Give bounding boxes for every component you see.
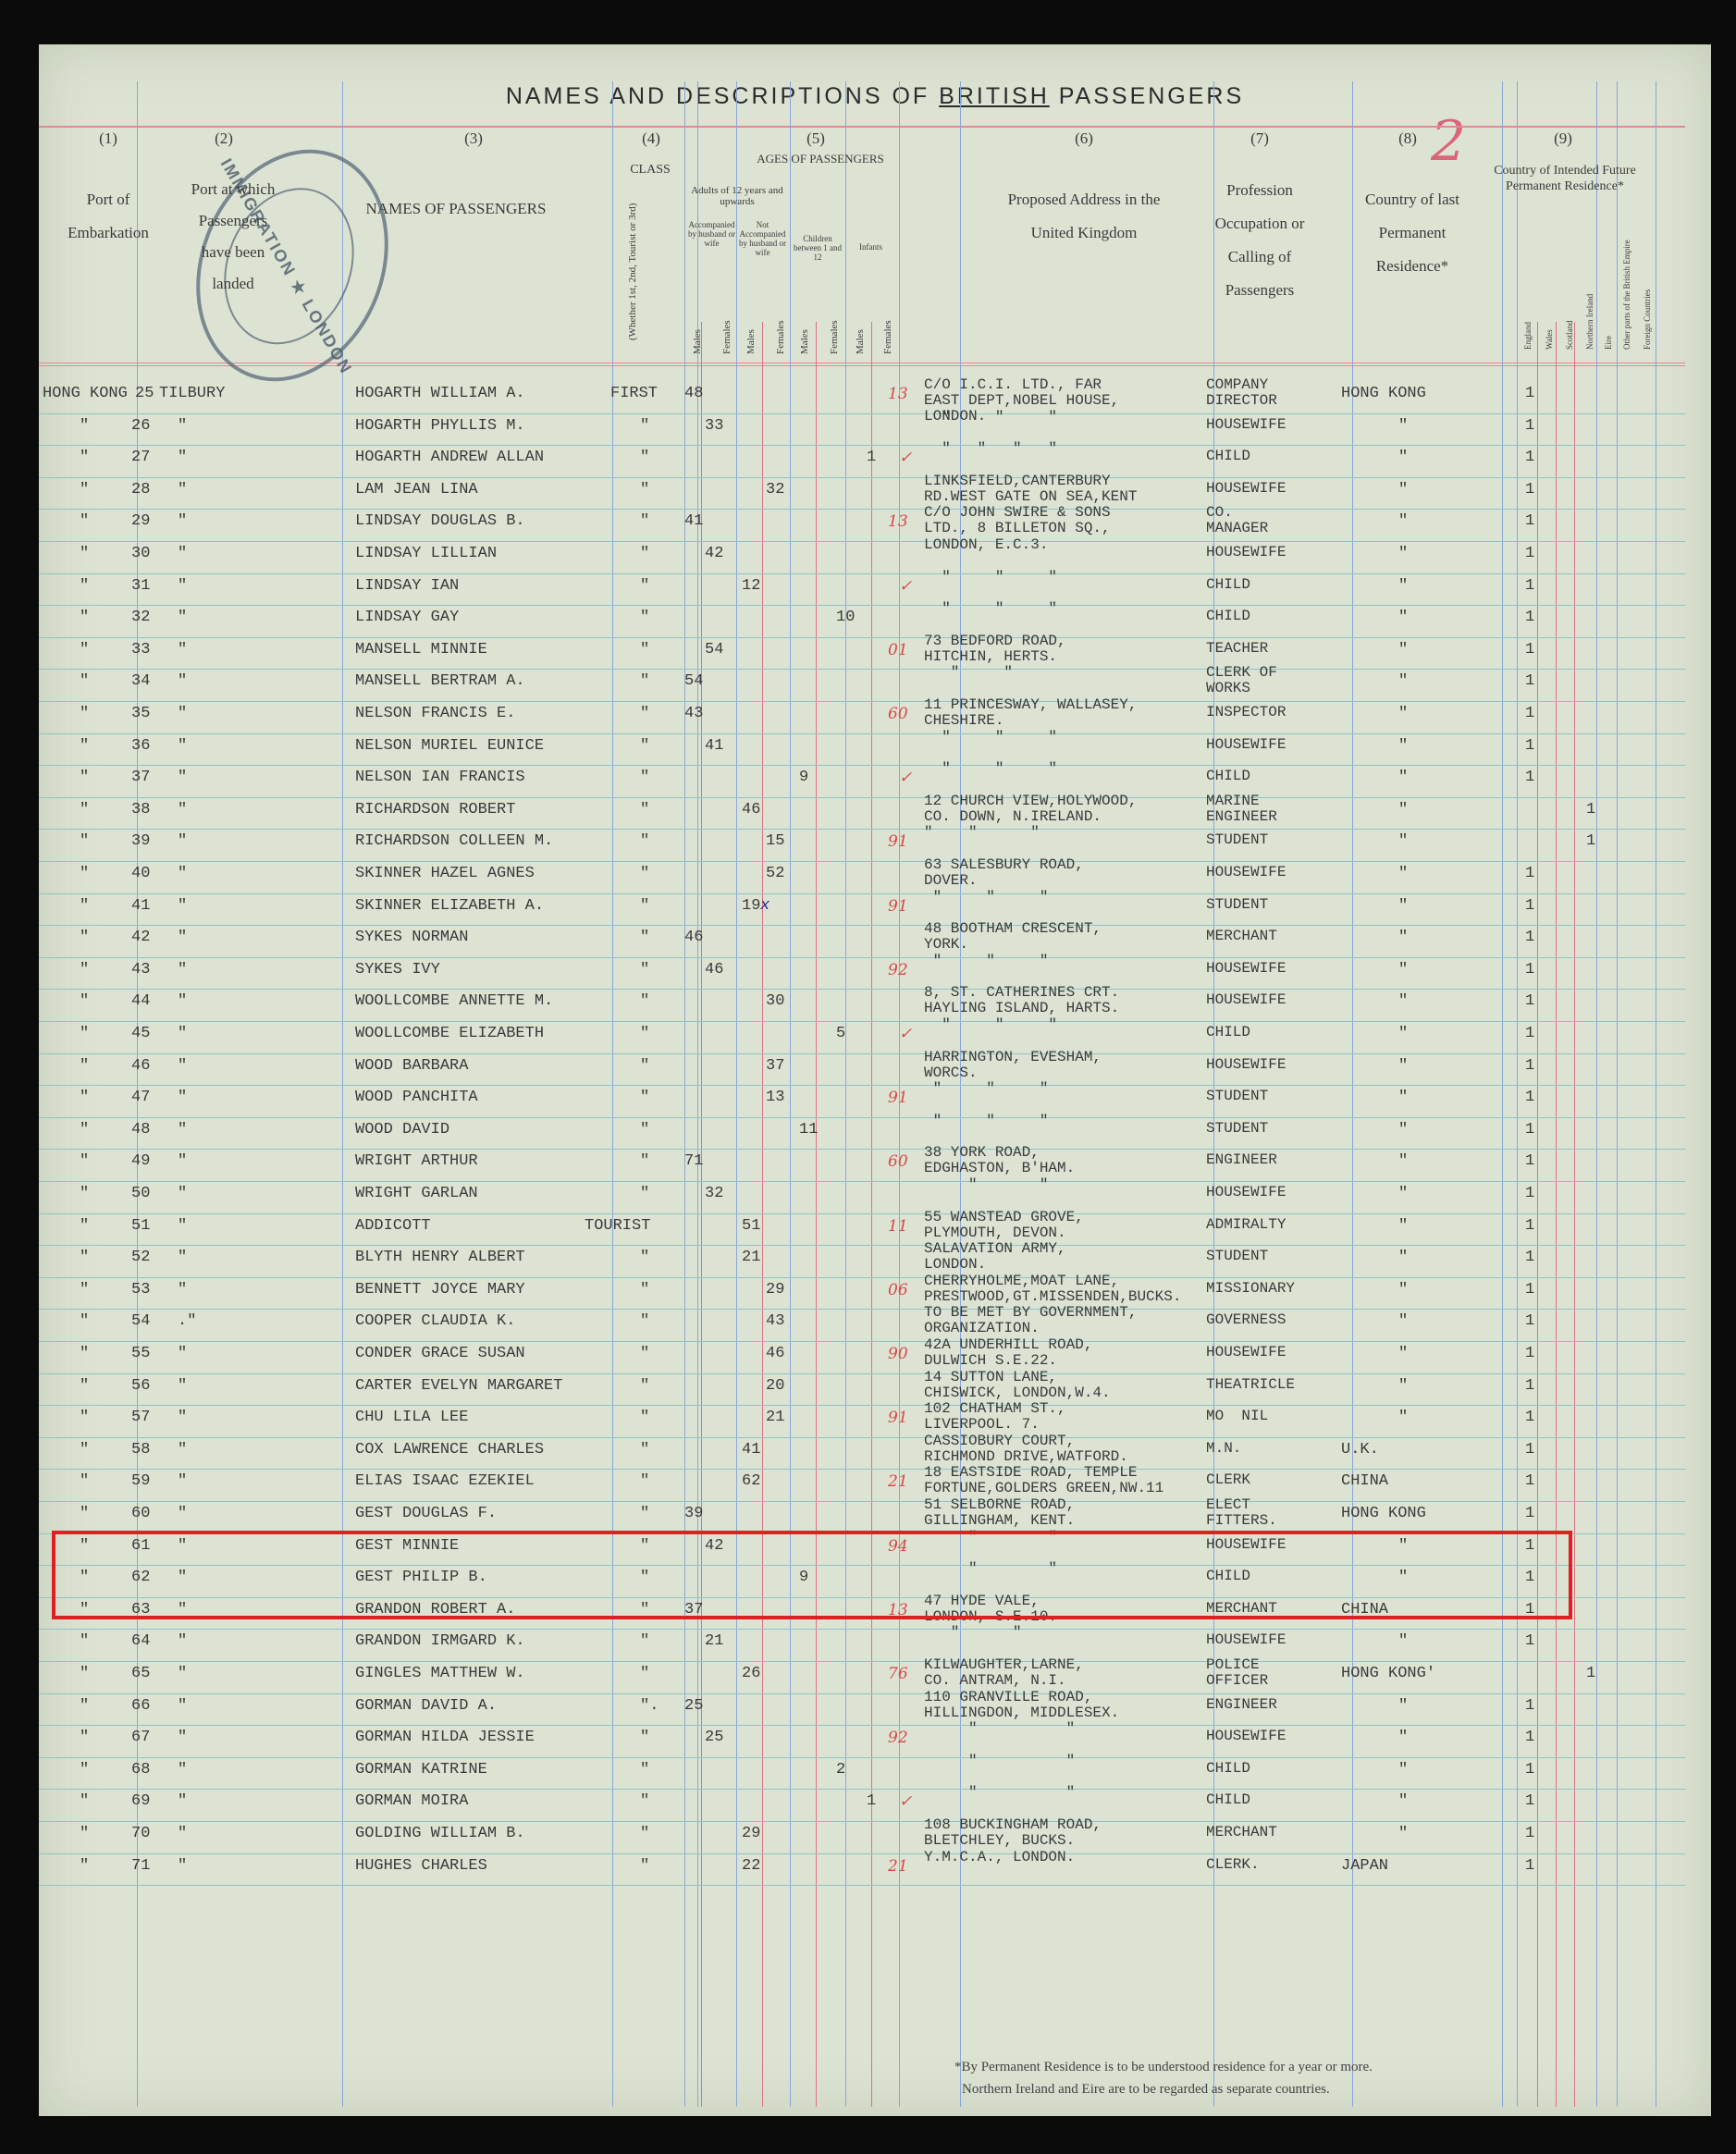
passenger-age: 19 — [742, 897, 760, 915]
country-last-residence: " — [1398, 417, 1408, 435]
col6-label: Proposed Address in the United Kingdom — [991, 183, 1176, 250]
occupation: HOUSEWIFE — [1206, 1345, 1286, 1360]
proposed-address: 108 BUCKINGHAM ROAD, BLETCHLEY, BUCKS. — [924, 1817, 1102, 1849]
proposed-address: 11 PRINCESWAY, WALLASEY, CHESHIRE. — [924, 697, 1137, 729]
port-of-embarkation: " — [80, 769, 89, 786]
proposed-address: " " " — [924, 410, 1057, 425]
occupation: CHILD — [1206, 609, 1250, 624]
red-annotation-mark: ✓ — [899, 1025, 912, 1043]
port-of-embarkation: " — [80, 992, 89, 1010]
passenger-class: " — [640, 1025, 649, 1042]
port-landed: " — [178, 1152, 187, 1170]
passenger-class: " — [640, 1089, 649, 1106]
passenger-age: 41 — [742, 1441, 760, 1459]
future-residence-tally: 1 — [1525, 1025, 1534, 1042]
passenger-name: MANSELL BERTRAM A. — [355, 672, 525, 690]
proposed-address: " " " — [924, 761, 1057, 777]
proposed-address: HARRINGTON, EVESHAM, WORCS. — [924, 1050, 1102, 1081]
passenger-name: COOPER CLAUDIA K. — [355, 1312, 515, 1330]
passenger-name: COX LAWRENCE CHARLES — [355, 1441, 544, 1459]
column-rule-red — [1537, 322, 1538, 2107]
passenger-name: BENNETT JOYCE MARY — [355, 1281, 525, 1299]
row-number: 66 — [131, 1697, 150, 1715]
row-number: 44 — [131, 992, 150, 1010]
passenger-class: " — [640, 801, 649, 819]
country-last-residence: " — [1398, 769, 1408, 786]
row-rule — [39, 1085, 1685, 1086]
passenger-name: WRIGHT GARLAN — [355, 1185, 478, 1202]
future-residence-tally: 1 — [1525, 1057, 1534, 1075]
row-number: 56 — [131, 1377, 150, 1395]
port-of-embarkation: " — [80, 1441, 89, 1459]
proposed-address: " " " — [924, 730, 1057, 745]
passenger-name: ADDICOTT — [355, 1217, 431, 1235]
row-number: 54 — [131, 1312, 150, 1330]
col8-label: Country of last Permanent Residence* — [1352, 183, 1472, 283]
port-of-embarkation: " — [80, 737, 89, 755]
passenger-name: GOLDING WILLIAM B. — [355, 1825, 525, 1842]
header-top-rule — [39, 126, 1685, 128]
passenger-name: LINDSAY LILLIAN — [355, 545, 497, 562]
row-number: 32 — [131, 609, 150, 626]
row-number: 60 — [131, 1505, 150, 1522]
passenger-age: 2 — [836, 1761, 845, 1779]
occupation: HOUSEWIFE — [1206, 417, 1286, 433]
port-landed: " — [178, 417, 187, 435]
proposed-address: 63 SALESBURY ROAD, DOVER. — [924, 857, 1084, 889]
passenger-age: 13 — [766, 1089, 784, 1106]
future-residence-tally: 1 — [1525, 737, 1534, 755]
occupation: MISSIONARY — [1206, 1281, 1295, 1297]
future-residence-tally: 1 — [1525, 1312, 1534, 1330]
proposed-address: TO BE MET BY GOVERNMENT, ORGANIZATION. — [924, 1305, 1137, 1336]
future-residence-tally: 1 — [1525, 1505, 1534, 1522]
port-of-embarkation: " — [80, 512, 89, 530]
future-residence-foreign-countries: Foreign Countries — [1643, 289, 1652, 350]
col8-number: (8) — [1389, 129, 1426, 148]
passenger-class: " — [640, 705, 649, 722]
occupation: STUDENT — [1206, 832, 1268, 848]
row-number: 53 — [131, 1281, 150, 1299]
row-number: 67 — [131, 1729, 150, 1746]
red-annotation-mark: 60 — [888, 1152, 908, 1171]
occupation: HOUSEWIFE — [1206, 481, 1286, 497]
passenger-class: " — [640, 1632, 649, 1650]
future-residence-tally: 1 — [1525, 672, 1534, 690]
row-number: 41 — [131, 897, 150, 915]
country-last-residence: U.K. — [1341, 1441, 1379, 1459]
passenger-age: 43 — [684, 705, 703, 722]
port-landed: " — [178, 577, 187, 595]
passenger-age: 1 — [867, 449, 876, 466]
passenger-name: SKINNER HAZEL AGNES — [355, 865, 535, 882]
row-number: 48 — [131, 1121, 150, 1139]
passenger-class: TOURIST — [585, 1217, 650, 1235]
port-landed: " — [178, 1729, 187, 1746]
country-last-residence: " — [1398, 609, 1408, 626]
females-label: Females — [829, 320, 840, 354]
row-number: 47 — [131, 1089, 150, 1106]
proposed-address: " " " — [924, 1114, 1048, 1129]
occupation: MARINE ENGINEER — [1206, 794, 1277, 825]
port-landed: " — [178, 512, 187, 530]
row-rule — [39, 701, 1685, 702]
port-landed: " — [178, 1665, 187, 1682]
future-residence-tally: 1 — [1525, 577, 1534, 595]
future-residence-scotland: Scotland — [1565, 321, 1574, 351]
females-label: Females — [882, 320, 893, 354]
column-rule — [1656, 81, 1656, 2107]
country-last-residence: HONG KONG' — [1341, 1665, 1435, 1682]
port-landed: " — [178, 769, 187, 786]
row-number: 51 — [131, 1217, 150, 1235]
future-residence-tally: 1 — [1525, 1632, 1534, 1650]
row-number: 65 — [131, 1665, 150, 1682]
passenger-list-sheet: NAMES AND DESCRIPTIONS OF BRITISH PASSEN… — [39, 44, 1711, 2116]
future-residence-tally: 1 — [1586, 832, 1595, 850]
occupation: ENGINEER — [1206, 1697, 1277, 1713]
occupation: STUDENT — [1206, 1121, 1268, 1137]
country-last-residence: " — [1398, 832, 1408, 850]
future-residence-tally: 1 — [1525, 1089, 1534, 1106]
passenger-age: 32 — [705, 1185, 723, 1202]
future-residence-northern-ireland: Northern Ireland — [1585, 294, 1594, 350]
port-landed: " — [178, 545, 187, 562]
port-of-embarkation: " — [80, 1505, 89, 1522]
row-rule — [39, 797, 1685, 798]
future-residence-tally: 1 — [1525, 545, 1534, 562]
proposed-address: " " — [924, 1721, 1075, 1737]
country-last-residence: " — [1398, 1217, 1408, 1235]
row-number: 45 — [131, 1025, 150, 1042]
passenger-name: HOGARTH WILLIAM A. — [355, 385, 525, 402]
passenger-age: 42 — [705, 545, 723, 562]
passenger-class: " — [640, 417, 649, 435]
port-of-embarkation: " — [80, 832, 89, 850]
red-annotation-mark: 11 — [888, 1217, 908, 1236]
occupation: TEACHER — [1206, 641, 1268, 657]
passenger-name: HOGARTH ANDREW ALLAN — [355, 449, 544, 466]
future-residence-tally: 1 — [1525, 512, 1534, 530]
future-residence-tally: 1 — [1525, 1697, 1534, 1715]
proposed-address: " " — [924, 1625, 1022, 1641]
port-of-embarkation: " — [80, 1057, 89, 1075]
port-landed: " — [178, 1057, 187, 1075]
passenger-class: " — [640, 449, 649, 466]
passenger-class: FIRST — [610, 385, 658, 402]
port-of-embarkation: " — [80, 961, 89, 979]
country-last-residence: " — [1398, 1729, 1408, 1746]
passenger-class: " — [640, 1472, 649, 1490]
port-landed: " — [178, 737, 187, 755]
proposed-address: CHERRYHOLME,MOAT LANE, PRESTWOOD,GT.MISS… — [924, 1274, 1181, 1305]
future-residence-tally: 1 — [1586, 1665, 1595, 1682]
occupation: CHILD — [1206, 769, 1250, 784]
row-rule — [39, 1181, 1685, 1182]
port-of-embarkation: " — [80, 1697, 89, 1715]
proposed-address: LONDON, E.C.3. — [924, 537, 1048, 553]
country-last-residence: " — [1398, 449, 1408, 466]
proposed-address: " " " — [924, 1017, 1057, 1033]
passenger-class: " — [640, 609, 649, 626]
port-of-embarkation: " — [80, 929, 89, 946]
passenger-age: 51 — [742, 1217, 760, 1235]
females-label: Females — [775, 320, 786, 354]
ages-accompanied: Accompanied by husband or wife — [686, 220, 737, 248]
row-rule — [39, 1661, 1685, 1662]
occupation: HOUSEWIFE — [1206, 1185, 1286, 1200]
port-landed: " — [178, 1697, 187, 1715]
row-number: 28 — [131, 481, 150, 498]
port-landed: " — [178, 1345, 187, 1362]
row-number: 49 — [131, 1152, 150, 1170]
passenger-name: HOGARTH PHYLLIS M. — [355, 417, 525, 435]
port-of-embarkation: " — [80, 1217, 89, 1235]
port-of-embarkation: " — [80, 1089, 89, 1106]
passenger-age: 21 — [742, 1249, 760, 1266]
row-rule — [39, 413, 1685, 414]
passenger-class: " — [640, 672, 649, 690]
row-number: 42 — [131, 929, 150, 946]
passenger-class: " — [640, 961, 649, 979]
country-last-residence: CHINA — [1341, 1472, 1388, 1490]
females-label: Females — [721, 320, 733, 354]
row-number: 58 — [131, 1441, 150, 1459]
column-rule — [1517, 81, 1518, 2107]
port-of-embarkation: " — [80, 1185, 89, 1202]
row-rule — [39, 1245, 1685, 1246]
occupation: CHILD — [1206, 577, 1250, 593]
proposed-address: " " " — [924, 601, 1057, 617]
red-annotation-mark: 91 — [888, 1089, 908, 1107]
passenger-class: " — [640, 1312, 649, 1330]
row-number: 34 — [131, 672, 150, 690]
passenger-age: 11 — [799, 1121, 818, 1139]
passenger-name: WOOD PANCHITA — [355, 1089, 478, 1106]
port-of-embarkation: " — [80, 1377, 89, 1395]
port-of-embarkation: " — [80, 1345, 89, 1362]
port-landed: " — [178, 897, 187, 915]
country-last-residence: " — [1398, 577, 1408, 595]
proposed-address: CASSIOBURY COURT, RICHMOND DRIVE,WATFORD… — [924, 1434, 1128, 1465]
passenger-age: 46 — [684, 929, 703, 946]
port-landed: " — [178, 1249, 187, 1266]
passenger-name: BLYTH HENRY ALBERT — [355, 1249, 525, 1266]
port-of-embarkation: " — [80, 1761, 89, 1779]
occupation: CLERK — [1206, 1472, 1250, 1488]
passenger-name: MANSELL MINNIE — [355, 641, 487, 659]
port-landed: " — [178, 865, 187, 882]
row-number: 31 — [131, 577, 150, 595]
future-residence-tally: 1 — [1525, 1761, 1534, 1779]
ages-adults: Adults of 12 years and upwards — [686, 185, 788, 207]
future-residence-tally: 1 — [1525, 1185, 1534, 1202]
passenger-name: CONDER GRACE SUSAN — [355, 1345, 525, 1362]
occupation: STUDENT — [1206, 1089, 1268, 1104]
country-last-residence: " — [1398, 1057, 1408, 1075]
row-number: 57 — [131, 1409, 150, 1426]
passenger-class: " — [640, 1792, 649, 1810]
row-rule — [39, 989, 1685, 990]
red-annotation-mark: 91 — [888, 832, 908, 851]
proposed-address: KILWAUGHTER,LARNE, CO. ANTRAM, N.I. — [924, 1657, 1084, 1689]
occupation: POLICE OFFICER — [1206, 1657, 1268, 1689]
country-last-residence: " — [1398, 1121, 1408, 1139]
port-landed: " — [178, 1377, 187, 1395]
port-landed: " — [178, 481, 187, 498]
occupation: HOUSEWIFE — [1206, 865, 1286, 880]
passenger-name: WOOLLCOMBE ELIZABETH — [355, 1025, 544, 1042]
passenger-age: 9 — [799, 769, 808, 786]
port-of-embarkation: " — [80, 801, 89, 819]
passenger-name: HUGHES CHARLES — [355, 1857, 487, 1875]
future-residence-tally: 1 — [1525, 609, 1534, 626]
passenger-class: " — [640, 481, 649, 498]
proposed-address: " " " — [924, 1081, 1048, 1097]
port-of-embarkation: " — [80, 545, 89, 562]
row-number: 39 — [131, 832, 150, 850]
passenger-class: " — [640, 1152, 649, 1170]
passenger-name: GORMAN MOIRA — [355, 1792, 468, 1810]
port-landed: " — [178, 1409, 187, 1426]
red-annotation-mark: ✓ — [899, 1792, 912, 1811]
passenger-class: " — [640, 1345, 649, 1362]
passenger-name: SKINNER ELIZABETH A. — [355, 897, 544, 915]
row-rule — [39, 669, 1685, 670]
port-landed: " — [178, 1761, 187, 1779]
country-last-residence: " — [1398, 1281, 1408, 1299]
country-last-residence: HONG KONG — [1341, 385, 1426, 402]
blue-annotation-mark: x — [760, 897, 770, 915]
males-label: Males — [745, 329, 757, 354]
passenger-age: 52 — [766, 865, 784, 882]
country-last-residence: " — [1398, 512, 1408, 530]
passenger-age: 10 — [836, 609, 855, 626]
port-landed: " — [178, 609, 187, 626]
passenger-name: RICHARDSON ROBERT — [355, 801, 515, 819]
future-residence-tally: 1 — [1525, 449, 1534, 466]
occupation: GOVERNESS — [1206, 1312, 1286, 1328]
passenger-class: " — [640, 1761, 649, 1779]
column-rule-red — [871, 322, 872, 2107]
proposed-address: 55 WANSTEAD GROVE, PLYMOUTH, DEVON. — [924, 1210, 1084, 1241]
highlighted-rows-58-60 — [52, 1531, 1572, 1619]
col4-label: CLASS — [618, 165, 683, 176]
document-title: NAMES AND DESCRIPTIONS OF BRITISH PASSEN… — [39, 83, 1711, 110]
passenger-age: 37 — [766, 1057, 784, 1075]
col1-number: (1) — [85, 129, 131, 148]
proposed-address: " " " — [924, 954, 1048, 969]
red-annotation-mark: 91 — [888, 897, 908, 916]
passenger-name: WOOLLCOMBE ANNETTE M. — [355, 992, 553, 1010]
passenger-age: 43 — [766, 1312, 784, 1330]
passenger-age: 29 — [742, 1825, 760, 1842]
col2-number: (2) — [187, 129, 261, 148]
passenger-name: WOOD BARBARA — [355, 1057, 468, 1075]
port-of-embarkation: " — [80, 1249, 89, 1266]
passenger-age: 26 — [742, 1665, 760, 1682]
column-rule — [845, 81, 846, 2107]
occupation: ELECT FITTERS. — [1206, 1497, 1277, 1529]
passenger-class: " — [640, 1505, 649, 1522]
proposed-address: 18 EASTSIDE ROAD, TEMPLE FORTUNE,GOLDERS… — [924, 1465, 1163, 1496]
passenger-age: 25 — [684, 1697, 703, 1715]
port-of-embarkation: " — [80, 897, 89, 915]
row-number: 29 — [131, 512, 150, 530]
port-landed: " — [178, 929, 187, 946]
row-rule — [39, 1117, 1685, 1118]
row-number: 40 — [131, 865, 150, 882]
passenger-age: 46 — [766, 1345, 784, 1362]
red-annotation-mark: ✓ — [899, 769, 912, 787]
red-annotation-mark: 76 — [888, 1665, 908, 1683]
row-number: 64 — [131, 1632, 150, 1650]
future-residence-tally: 1 — [1525, 897, 1534, 915]
passenger-age: 39 — [684, 1505, 703, 1522]
country-last-residence: " — [1398, 1632, 1408, 1650]
passenger-class: " — [640, 1409, 649, 1426]
red-annotation-mark: 90 — [888, 1345, 908, 1363]
row-number: 70 — [131, 1825, 150, 1842]
row-number: 71 — [131, 1857, 150, 1875]
passenger-class: " — [640, 929, 649, 946]
ages-not-accompanied: Not Accompanied by husband or wife — [737, 220, 788, 257]
passenger-age: 15 — [766, 832, 784, 850]
port-of-embarkation: " — [80, 1729, 89, 1746]
col4-sublabel: (Whether 1st, 2nd, Tourist or 3rd) — [627, 202, 638, 340]
country-last-residence: JAPAN — [1341, 1857, 1388, 1875]
passenger-class: " — [640, 1825, 649, 1842]
passenger-class: " — [640, 1057, 649, 1075]
passenger-class: " — [640, 1249, 649, 1266]
proposed-address: " " — [924, 1177, 1048, 1193]
country-last-residence: " — [1398, 929, 1408, 946]
proposed-address: 102 CHATHAM ST., LIVERPOOL. 7. — [924, 1401, 1066, 1433]
proposed-address: 8, ST. CATHERINES CRT. HAYLING ISLAND, H… — [924, 985, 1119, 1016]
port-of-embarkation: " — [80, 1025, 89, 1042]
port-of-embarkation: " — [80, 705, 89, 722]
occupation: MERCHANT — [1206, 1825, 1277, 1840]
red-annotation-mark: ✓ — [899, 449, 912, 467]
future-residence-tally: 1 — [1525, 992, 1534, 1010]
country-last-residence: " — [1398, 1792, 1408, 1810]
port-of-embarkation: " — [80, 1825, 89, 1842]
country-last-residence: " — [1398, 1185, 1408, 1202]
proposed-address: 110 GRANVILLE ROAD, HILLINGDON, MIDDLESE… — [924, 1690, 1119, 1721]
row-number: 43 — [131, 961, 150, 979]
port-landed: " — [178, 705, 187, 722]
row-number: 46 — [131, 1057, 150, 1075]
col3-number: (3) — [437, 129, 511, 148]
proposed-address: 48 BOOTHAM CRESCENT, YORK. — [924, 921, 1102, 953]
row-number: 52 — [131, 1249, 150, 1266]
column-rule — [1617, 81, 1618, 2107]
future-residence-tally: 1 — [1525, 705, 1534, 722]
port-of-embarkation: " — [80, 577, 89, 595]
country-last-residence: " — [1398, 801, 1408, 819]
row-rule — [39, 765, 1685, 766]
occupation: COMPANY DIRECTOR — [1206, 377, 1277, 409]
row-rule — [39, 829, 1685, 830]
row-rule — [39, 541, 1685, 542]
proposed-address: LINKSFIELD,CANTERBURY RD.WEST GATE ON SE… — [924, 474, 1137, 505]
future-residence-tally: 1 — [1525, 1121, 1534, 1139]
future-residence-tally: 1 — [1525, 1345, 1534, 1362]
passenger-age: 41 — [684, 512, 703, 530]
passenger-age: 46 — [742, 801, 760, 819]
passenger-age: 5 — [836, 1025, 845, 1042]
future-residence-tally: 1 — [1525, 385, 1534, 402]
